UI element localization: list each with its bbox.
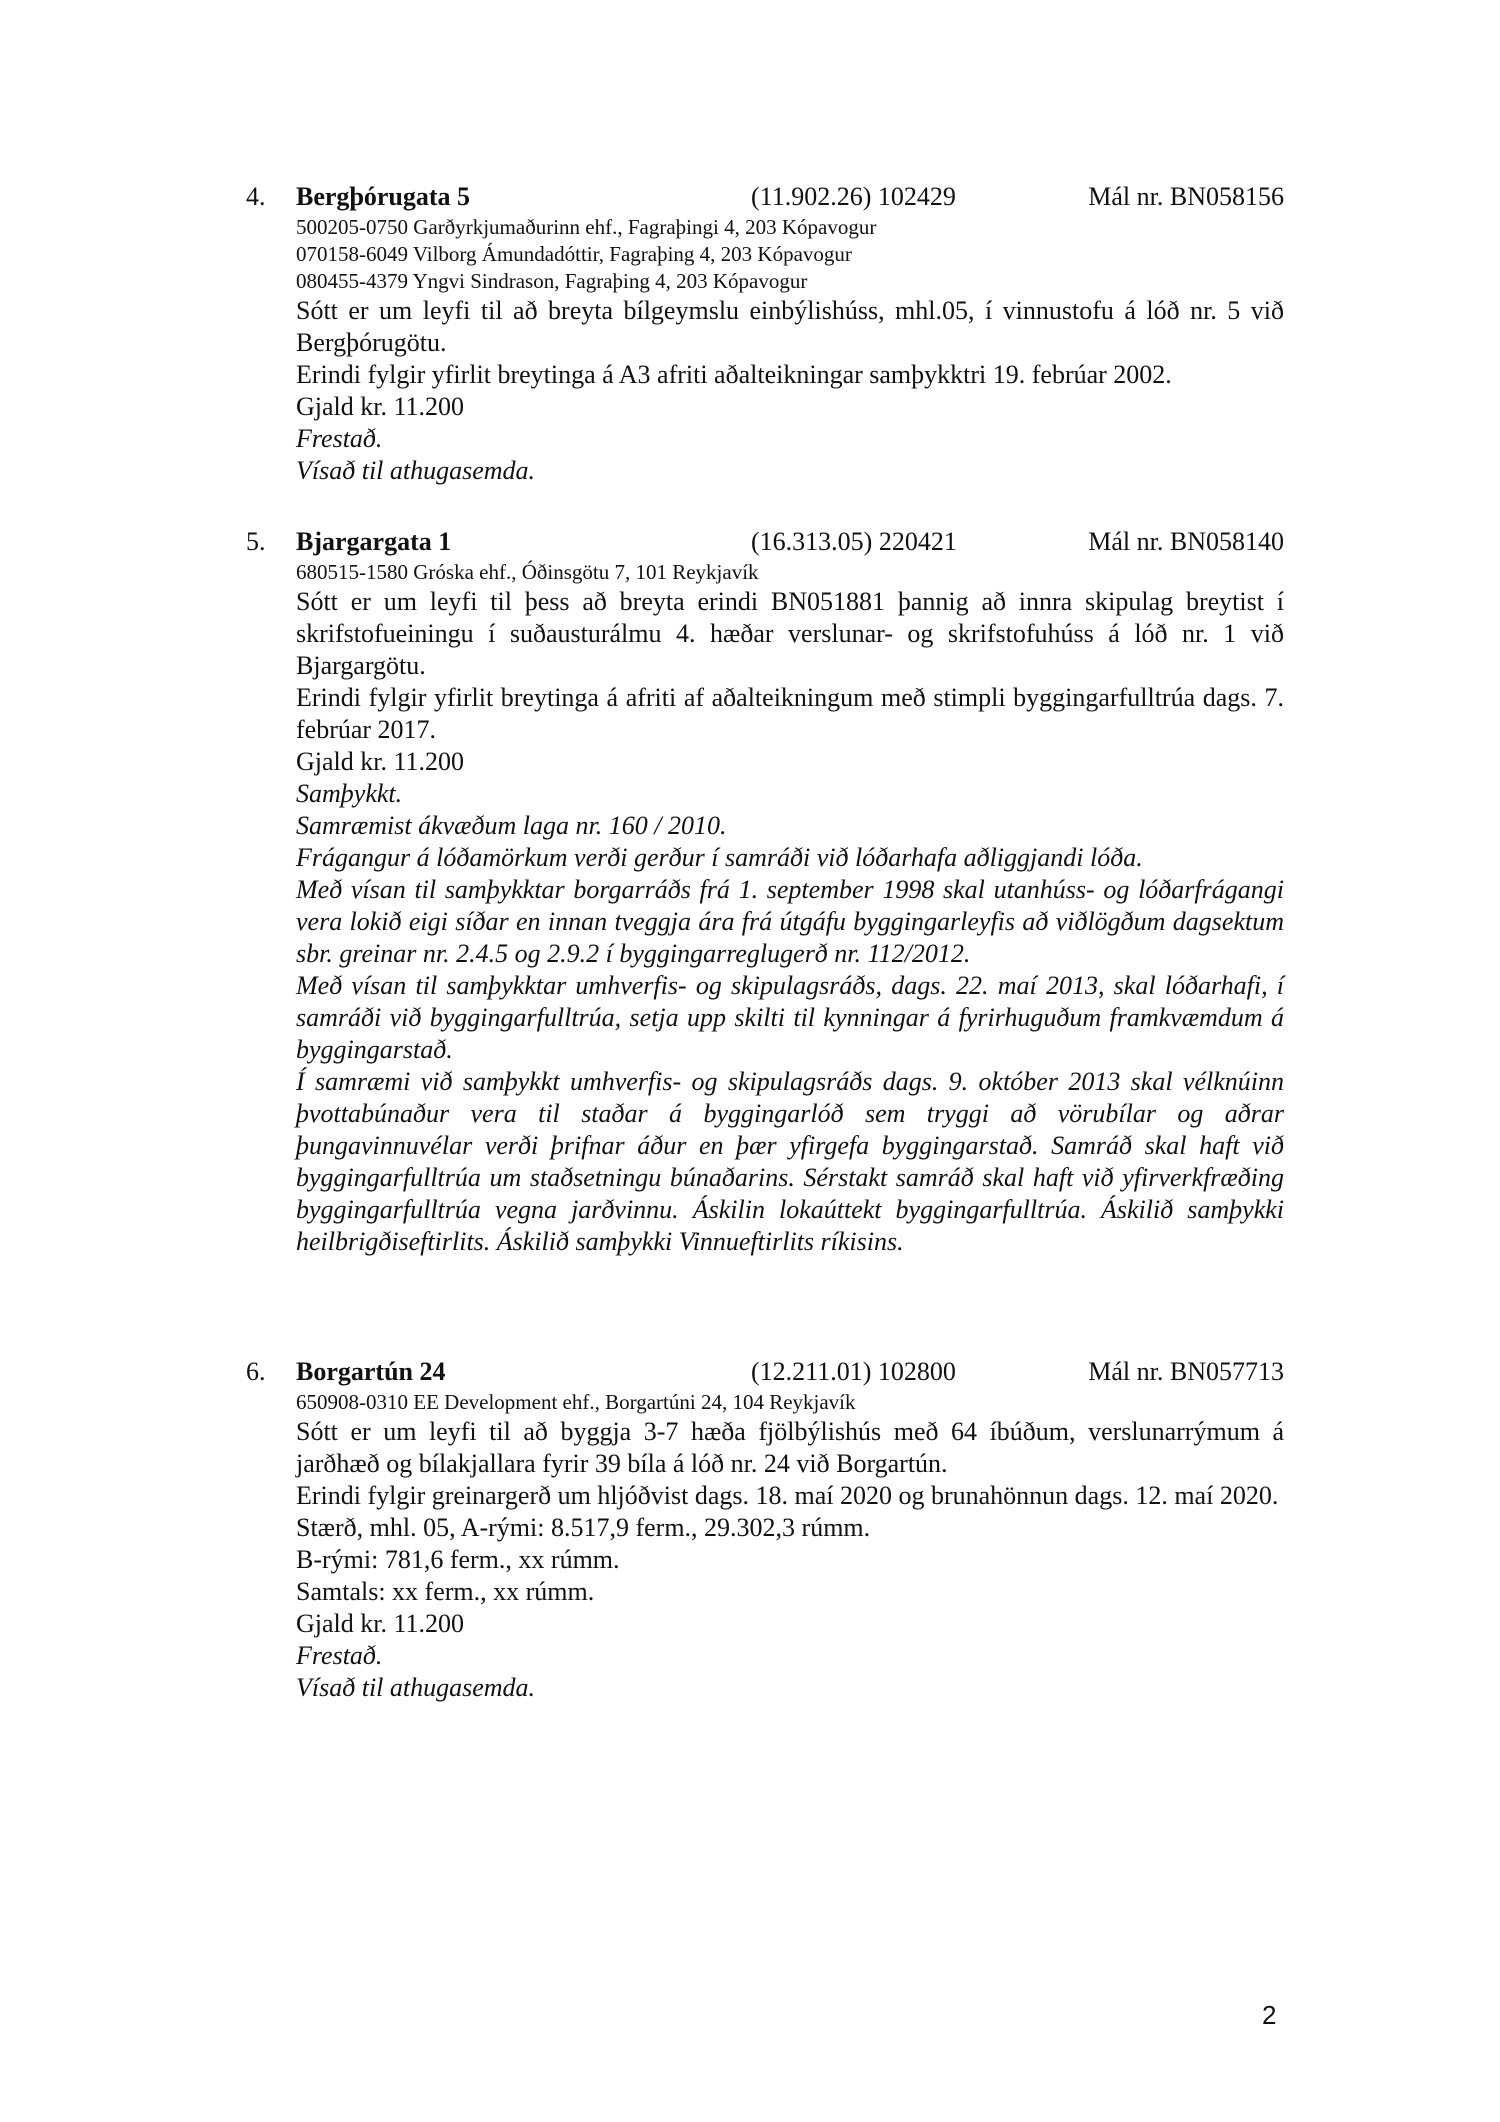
attachment-paragraph: Erindi fylgir yfirlit breytinga á A3 afr… [296,359,1284,391]
attachment-paragraph: Erindi fylgir greinargerð um hljóðvist d… [296,1480,1284,1512]
decision-line: Frestað. [296,1640,1284,1672]
case-reference: (16.313.05) 220421 [751,525,957,559]
description-paragraph: Sótt er um leyfi til þess að breyta erin… [296,586,1284,682]
size-line: Stærð, mhl. 05, A-rými: 8.517,9 ferm., 2… [296,1512,1284,1544]
case-number-index: 4. [246,180,266,214]
case-header: 5. Bjargargata 1 (16.313.05) 220421 Mál … [246,525,1284,559]
case-title: Borgartún 24 [296,1355,446,1389]
decision-note: Vísað til athugasemda. [296,455,1284,487]
applicant-line: 080455-4379 Yngvi Sindrason, Fagraþing 4… [296,268,1284,295]
decision-note: Frágangur á lóðamörkum verði gerður í sa… [296,842,1284,874]
decision-note: Í samræmi við samþykkt umhverfis- og ski… [296,1066,1284,1258]
fee-line: Gjald kr. 11.200 [296,391,1284,423]
total-line: Samtals: xx ferm., xx rúmm. [296,1576,1284,1608]
case-header: 6. Borgartún 24 (12.211.01) 102800 Mál n… [246,1355,1284,1389]
fee-line: Gjald kr. 11.200 [296,1608,1284,1640]
case-item-4: 4. Bergþórugata 5 (11.902.26) 102429 Mál… [246,180,1284,487]
description-paragraph: Sótt er um leyfi til að breyta bílgeymsl… [296,295,1284,359]
case-title: Bergþórugata 5 [296,180,470,214]
case-item-5: 5. Bjargargata 1 (16.313.05) 220421 Mál … [246,525,1284,1258]
attachment-paragraph: Erindi fylgir yfirlit breytinga á afriti… [296,682,1284,746]
decision-note: Með vísan til samþykktar umhverfis- og s… [296,970,1284,1066]
case-file-number: Mál nr. BN058140 [1088,525,1284,559]
description-paragraph: Sótt er um leyfi til að byggja 3-7 hæða … [296,1416,1284,1480]
applicant-line: 680515-1580 Gróska ehf., Óðinsgötu 7, 10… [296,559,1284,586]
case-reference: (12.211.01) 102800 [751,1355,956,1389]
size-line: B-rými: 781,6 ferm., xx rúmm. [296,1544,1284,1576]
case-number-index: 5. [246,525,266,559]
decision-line: Frestað. [296,423,1284,455]
decision-line: Samþykkt. [296,778,1284,810]
page-number: 2 [1262,2000,1276,2031]
fee-line: Gjald kr. 11.200 [296,746,1284,778]
document-page: 4. Bergþórugata 5 (11.902.26) 102429 Mál… [0,0,1500,2122]
applicant-line: 500205-0750 Garðyrkjumaðurinn ehf., Fagr… [296,214,1284,241]
decision-note: Vísað til athugasemda. [296,1672,1284,1704]
applicant-line: 650908-0310 EE Development ehf., Borgart… [296,1389,1284,1416]
case-file-number: Mál nr. BN058156 [1088,180,1284,214]
case-item-6: 6. Borgartún 24 (12.211.01) 102800 Mál n… [246,1355,1284,1704]
case-header: 4. Bergþórugata 5 (11.902.26) 102429 Mál… [246,180,1284,214]
case-reference: (11.902.26) 102429 [751,180,956,214]
applicant-line: 070158-6049 Vilborg Ámundadóttir, Fagraþ… [296,241,1284,268]
case-file-number: Mál nr. BN057713 [1088,1355,1284,1389]
case-number-index: 6. [246,1355,266,1389]
case-title: Bjargargata 1 [296,525,451,559]
decision-note: Samræmist ákvæðum laga nr. 160 / 2010. [296,810,1284,842]
decision-note: Með vísan til samþykktar borgarráðs frá … [296,874,1284,970]
